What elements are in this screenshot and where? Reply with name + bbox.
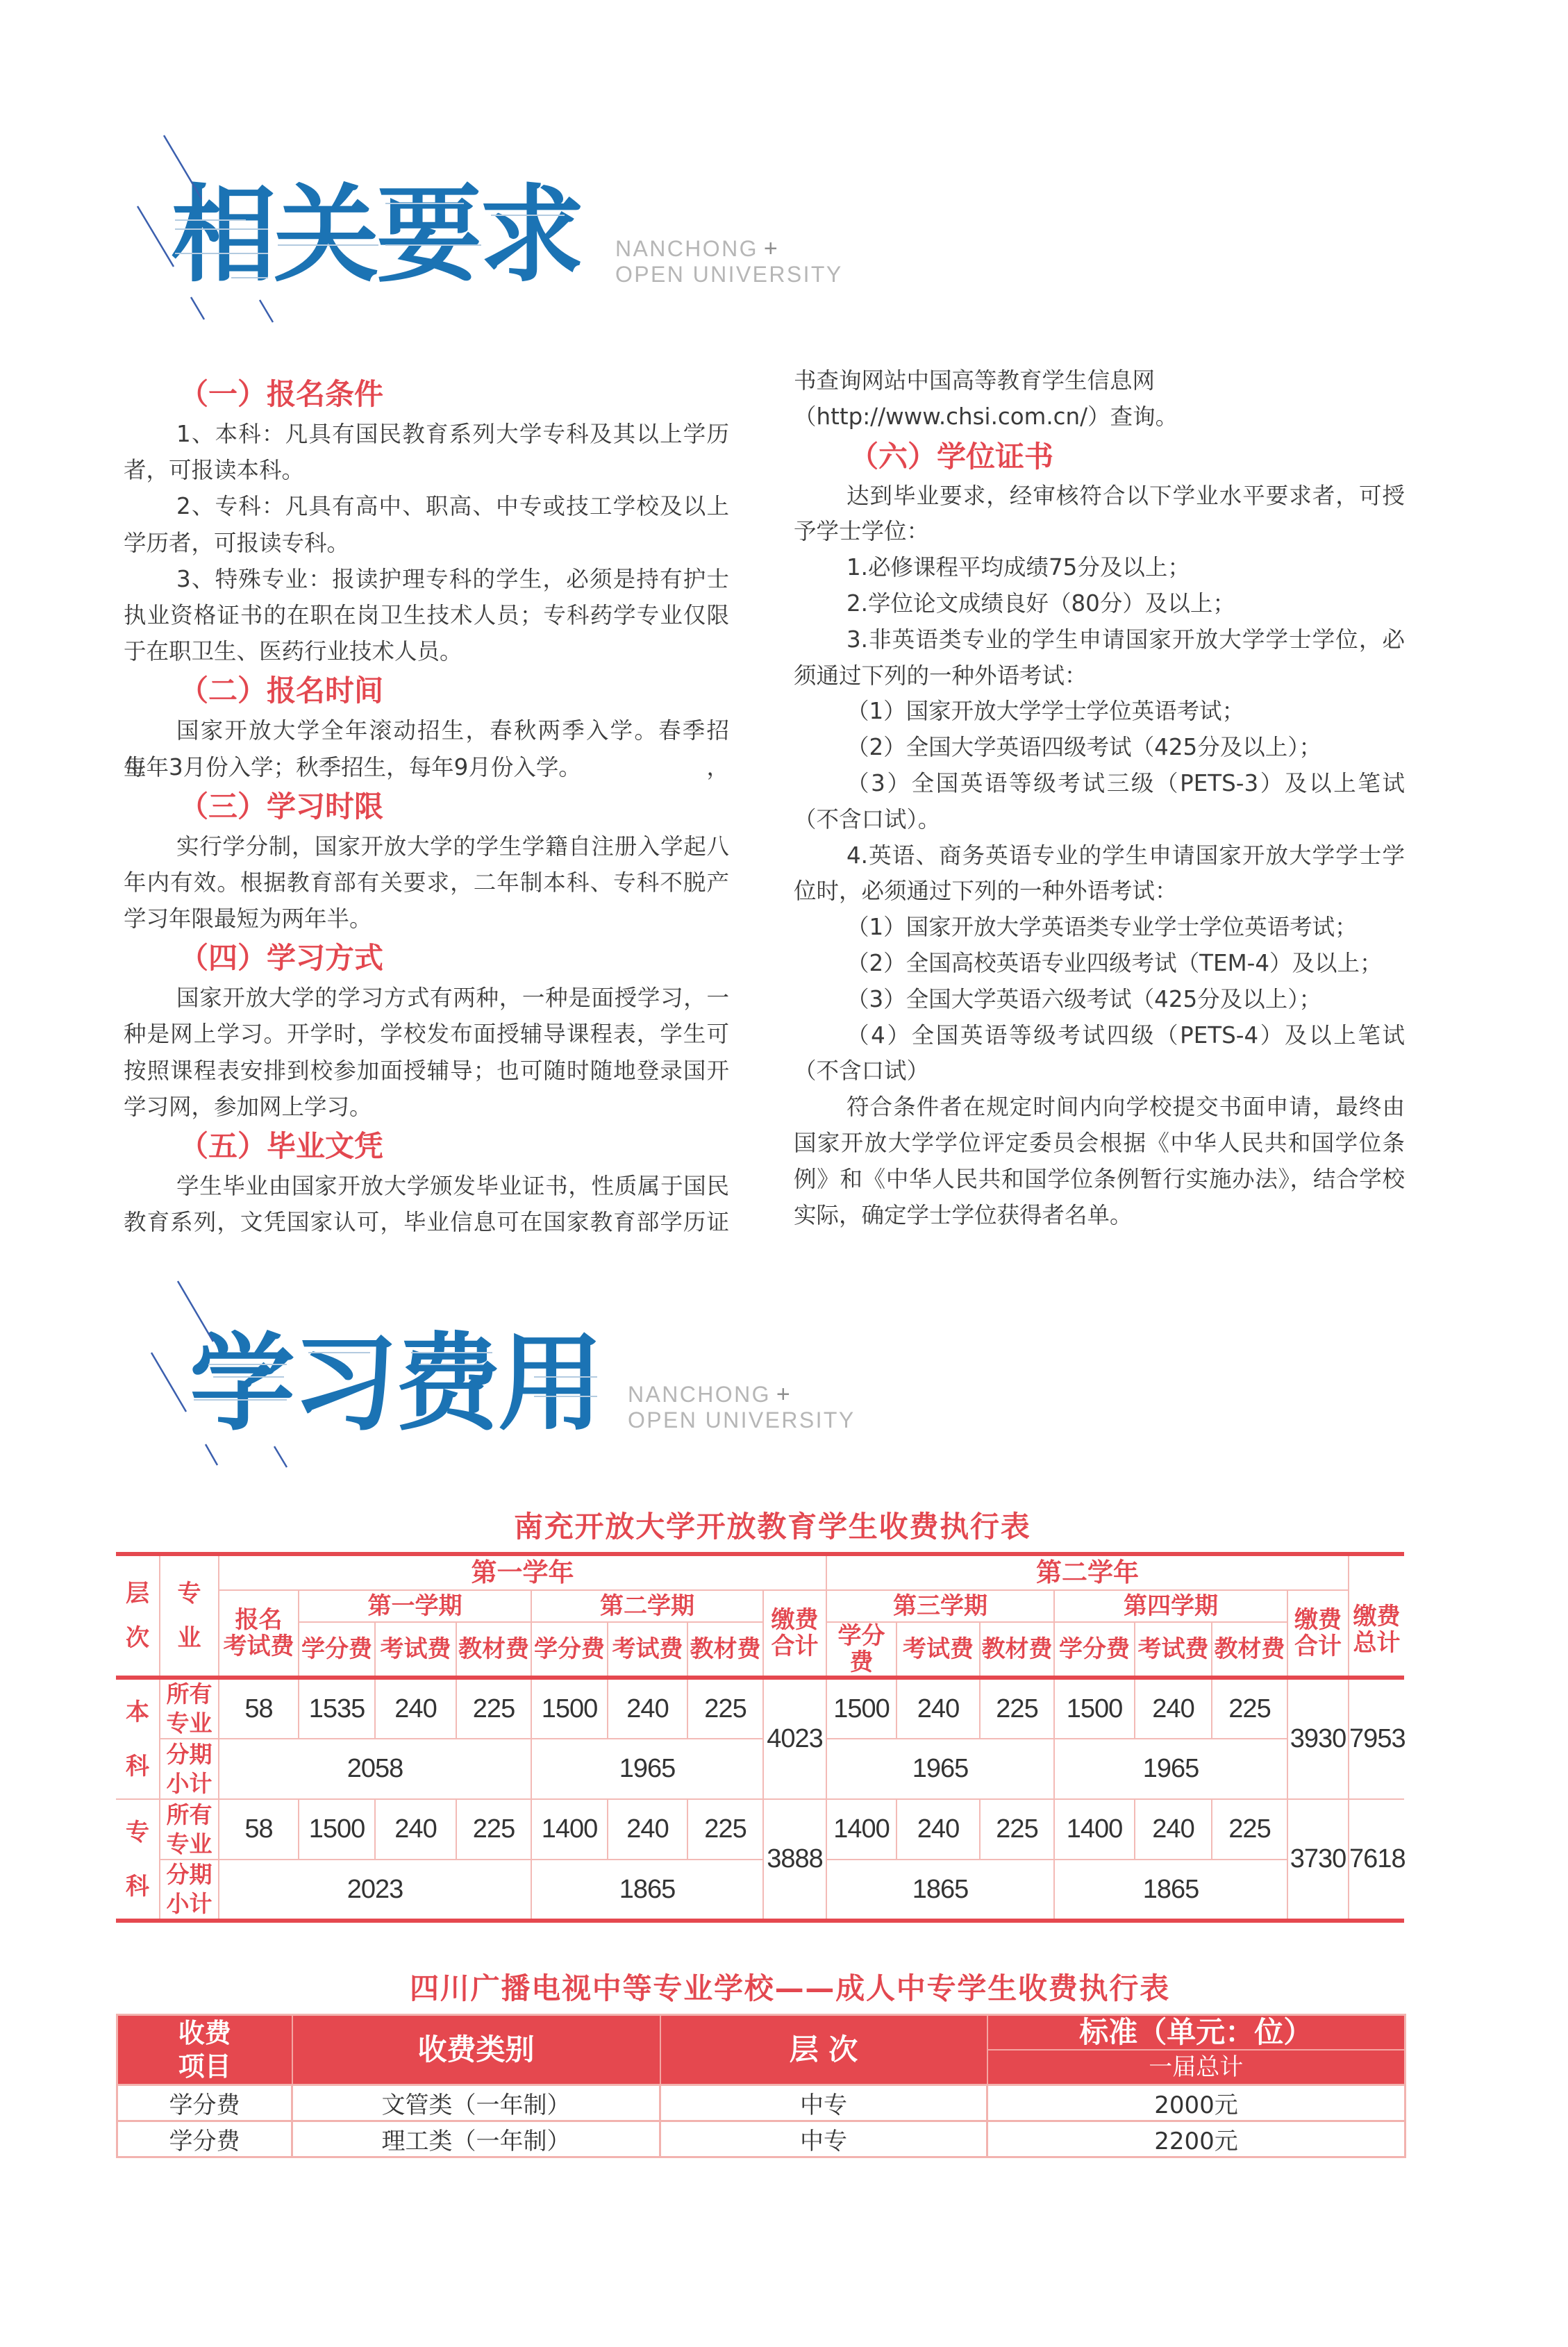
header-semester-1: 第一学期 <box>299 1590 531 1622</box>
text-line: （不含口试）。 <box>794 802 1405 838</box>
level-char: 科 <box>116 1739 159 1794</box>
cell-grand-total: 7618 <box>1349 1799 1404 1921</box>
header-exam-fee: 考试费 <box>608 1622 687 1678</box>
header-year-2-subtotal: 缴费 合计 <box>1287 1590 1349 1678</box>
cell-sem2-credit-fee: 1400 <box>531 1799 608 1860</box>
paragraph-continuation: 书查询网站中国高等教育学生信息网 （http://www.chsi.com.cn… <box>794 363 1405 435</box>
header-semester-2: 第二学期 <box>531 1590 763 1622</box>
installment-cell: 分期 小计 <box>160 1860 219 1921</box>
brand-line-open-university: OPEN UNIVERSITY <box>628 1409 856 1431</box>
header-exam-fee: 考试费 <box>375 1622 456 1678</box>
cell-sem2-credit-fee: 1500 <box>531 1678 608 1739</box>
table-header-row: 层 次 专 业 第一学年 第二学年 缴费 总计 <box>116 1554 1404 1590</box>
cell-sem2-exam-fee: 240 <box>608 1799 687 1860</box>
text-line: 年内有效。根据教育部有关要求，二年制本科、专科不脱产 <box>124 865 729 901</box>
header-major-char: 业 <box>160 1616 218 1660</box>
text-line: （不含口试） <box>794 1053 1405 1089</box>
label-text: 所有 <box>160 1680 218 1709</box>
header-text: 缴费 <box>1288 1607 1348 1633</box>
paragraph: （1）国家开放大学英语类专业学士学位英语考试； <box>794 910 1405 946</box>
level-cell: 本 科 <box>116 1678 160 1799</box>
paragraph: 学生毕业由国家开放大学颁发毕业证书，性质属于国民 教育系列，文凭国家认可，毕业信… <box>124 1168 729 1240</box>
label-text: 小计 <box>160 1769 218 1798</box>
header-level: 层 次 <box>116 1554 160 1678</box>
header-level-char: 层 <box>116 1571 159 1616</box>
cell-year2-total: 3730 <box>1287 1799 1349 1921</box>
label-text: 小计 <box>160 1889 218 1919</box>
brand-line-open-university: OPEN UNIVERSITY <box>615 263 843 285</box>
cell-sem1-textbook-fee: 225 <box>456 1799 531 1860</box>
chsi-link-text: （http://www.chsi.com.cn/）查询。 <box>794 399 1405 435</box>
text-line: 者，可报读本科。 <box>124 452 729 488</box>
paragraph: 2、专科：凡具有高中、职高、中专或技工学校及以上 学历者，可报读专科。 <box>124 488 729 560</box>
header-standard: 标准（单元：位） <box>987 2015 1406 2051</box>
cell-level: 中专 <box>660 2121 987 2157</box>
text-line: 学习网，参加网上学习。 <box>124 1089 729 1125</box>
table-header-row: 学分费 考试费 教材费 学分费 考试费 教材费 学分费 考试费 教材费 学分费 … <box>116 1622 1404 1678</box>
header-textbook-fee: 教材费 <box>980 1622 1054 1678</box>
paragraph: （2）全国大学英语四级考试（425分及以上）； <box>794 730 1405 766</box>
cell-sem4-textbook-fee: 225 <box>1212 1678 1287 1739</box>
level-char: 专 <box>116 1805 159 1860</box>
cell-sem1-subtotal: 2058 <box>219 1739 531 1799</box>
text-line: 予学士学位： <box>794 514 1405 550</box>
section-title-requirements: 相关要求 <box>171 182 582 287</box>
header-text: 收费 <box>118 2016 292 2050</box>
header-credit-fee: 学分费 <box>299 1622 375 1678</box>
cell-sem2-exam-fee: 240 <box>608 1678 687 1739</box>
header-text: 合计 <box>1288 1633 1348 1660</box>
cell-sem3-textbook-fee: 225 <box>980 1799 1054 1860</box>
label-text: 分期 <box>160 1740 218 1769</box>
fee-table-secondary-school: 收费 项目 收费类别 层 次 标准（单元：位） 一届总计 学分费 文管类（一年制… <box>116 2014 1406 2158</box>
label-text: 所有 <box>160 1801 218 1830</box>
cell-sem3-subtotal: 1865 <box>826 1860 1054 1921</box>
cell-fee-category: 理工类（一年制） <box>292 2121 660 2157</box>
cell-sem2-textbook-fee: 225 <box>687 1799 763 1860</box>
text-line: 种是网上学习。开学时，学校发布面授辅导课程表，学生可 <box>124 1016 729 1052</box>
section-heading-study-period: （三）学习时限 <box>124 785 729 828</box>
cell-sem4-textbook-fee: 225 <box>1212 1799 1287 1860</box>
decorative-slash-line <box>260 300 273 322</box>
text-line: 实行学分制，国家开放大学的学生学籍自注册入学起八 <box>124 828 729 865</box>
cell-year1-total: 4023 <box>763 1678 826 1799</box>
header-text: 项目 <box>118 2050 292 2083</box>
decorative-slash-line <box>137 206 174 267</box>
header-text: 考试费 <box>219 1633 298 1660</box>
text-line: 按照课程表安排到校参加面授辅导；也可随时随地登录国开 <box>124 1053 729 1089</box>
header-level: 层 次 <box>660 2015 987 2085</box>
section-heading-degree-certificate: （六）学位证书 <box>794 435 1405 478</box>
table-row-junior-college-fees: 专 科 所有 专业 58 1500 240 225 1400 240 225 3… <box>116 1799 1404 1860</box>
requirements-left-column: （一）报名条件 1、本科：凡具有国民教育系列大学专科及其以上学历 者，可报读本科… <box>124 373 729 1240</box>
text-line: （1）国家开放大学英语类专业学士学位英语考试； <box>794 910 1405 946</box>
cell-sem4-subtotal: 1865 <box>1054 1860 1287 1921</box>
cell-registration-exam-fee: 58 <box>219 1799 299 1860</box>
paragraph: 3、特殊专业：报读护理专科的学生，必须是持有护士 执业资格证书的在职在岗卫生技术… <box>124 561 729 670</box>
section-heading-enrollment-time: （二）报名时间 <box>124 669 729 712</box>
table-header-row: 收费 项目 收费类别 层 次 标准（单元：位） <box>117 2015 1406 2051</box>
text-line: 2、专科：凡具有高中、职高、中专或技工学校及以上 <box>124 488 729 524</box>
fee-table-open-education: 层 次 专 业 第一学年 第二学年 缴费 总计 报名 考试费 第一学期 第二学期… <box>116 1552 1404 1923</box>
table-row-junior-college-subtotals: 分期 小计 2023 1865 1865 1865 <box>116 1860 1404 1921</box>
paragraph: （4）全国英语等级考试四级（PETS-4）及以上笔试 （不含口试） <box>794 1018 1405 1090</box>
paragraph: 国家开放大学的学习方式有两种，一种是面授学习，一 种是网上学习。开学时，学校发布… <box>124 980 729 1125</box>
header-text: 报名 <box>219 1607 298 1633</box>
major-cell: 所有 专业 <box>160 1678 219 1739</box>
installment-cell: 分期 小计 <box>160 1739 219 1799</box>
cell-fee-item: 学分费 <box>117 2121 292 2157</box>
table-row-undergraduate-subtotals: 分期 小计 2058 1965 1965 1965 <box>116 1739 1404 1799</box>
cell-sem1-subtotal: 2023 <box>219 1860 531 1921</box>
paragraph: 符合条件者在规定时间内向学校提交书面申请，最终由 国家开放大学学位评定委员会根据… <box>794 1089 1405 1233</box>
text-line: （3）全国大学英语六级考试（425分及以上）； <box>794 982 1405 1018</box>
cell-level: 中专 <box>660 2085 987 2121</box>
table-row: 学分费 文管类（一年制） 中专 2000元 <box>117 2085 1406 2121</box>
paragraph: （1）国家开放大学学士学位英语考试； <box>794 694 1405 730</box>
cell-amount: 2000元 <box>987 2085 1406 2121</box>
paragraph: 1、本科：凡具有国民教育系列大学专科及其以上学历 者，可报读本科。 <box>124 416 729 488</box>
header-standard-total: 一届总计 <box>987 2050 1406 2085</box>
header-semester-3: 第三学期 <box>826 1590 1054 1622</box>
cell-sem2-subtotal: 1965 <box>531 1739 763 1799</box>
section-title-fees: 学习费用 <box>190 1330 601 1436</box>
header-semester-4: 第四学期 <box>1054 1590 1287 1622</box>
text-line: 于在职卫生、医药行业技术人员。 <box>124 633 729 669</box>
header-exam-fee: 考试费 <box>896 1622 980 1678</box>
fee-table-title-secondary-school: 四川广播电视中等专业学校——成人中专学生收费执行表 <box>410 1974 1170 2003</box>
level-char: 本 <box>116 1685 159 1739</box>
fee-table-title-open-education: 南充开放大学开放教育学生收费执行表 <box>514 1512 1031 1542</box>
decorative-slash-line <box>191 297 204 319</box>
cell-sem3-credit-fee: 1400 <box>826 1799 896 1860</box>
text-line: （2）全国大学英语四级考试（425分及以上）； <box>794 730 1405 766</box>
header-grand-total: 缴费 总计 <box>1349 1554 1404 1678</box>
decorative-slash-line <box>151 1353 186 1412</box>
header-textbook-fee: 教材费 <box>687 1622 763 1678</box>
plus-icon: + <box>764 235 778 262</box>
header-textbook-fee: 教材费 <box>456 1622 531 1678</box>
cell-sem1-credit-fee: 1535 <box>299 1678 375 1739</box>
section-heading-study-mode: （四）学习方式 <box>124 937 729 980</box>
paragraph: 达到毕业要求，经审核符合以下学业水平要求者，可授 予学士学位： <box>794 478 1405 551</box>
cell-year2-total: 3930 <box>1287 1678 1349 1799</box>
brand-line-nanchong: NANCHONG+ <box>628 1383 790 1405</box>
section-heading-enrollment-conditions: （一）报名条件 <box>124 373 729 416</box>
cell-registration-exam-fee: 58 <box>219 1678 299 1739</box>
text-line: （3）全国英语等级考试三级（PETS-3）及以上笔试 <box>794 766 1405 802</box>
label-text: 专业 <box>160 1830 218 1859</box>
header-year-1: 第一学年 <box>219 1554 826 1590</box>
section-heading-diploma: （五）毕业文凭 <box>124 1125 729 1168</box>
cell-sem1-exam-fee: 240 <box>375 1799 456 1860</box>
text-line: 国家开放大学全年滚动招生，春秋两季入学。春季招生， <box>124 712 729 749</box>
cell-sem4-credit-fee: 1400 <box>1054 1799 1135 1860</box>
table-header-row: 报名 考试费 第一学期 第二学期 缴费 合计 第三学期 第四学期 缴费 合计 <box>116 1590 1404 1622</box>
text-line: 位时，必须通过下列的一种外语考试： <box>794 874 1405 910</box>
text-line: 达到毕业要求，经审核符合以下学业水平要求者，可授 <box>794 478 1405 515</box>
paragraph: 2.学位论文成绩良好（80分）及以上； <box>794 586 1405 622</box>
header-text: 总计 <box>1349 1630 1404 1656</box>
text-line: （4）全国英语等级考试四级（PETS-4）及以上笔试 <box>794 1018 1405 1054</box>
text-line: 1.必修课程平均成绩75分及以上； <box>794 550 1405 586</box>
cell-sem4-exam-fee: 240 <box>1135 1678 1212 1739</box>
text-line: 国家开放大学学位评定委员会根据《中华人民共和国学位条 <box>794 1126 1405 1162</box>
text-line: 4.英语、商务英语专业的学生申请国家开放大学学士学 <box>794 838 1405 874</box>
paragraph: 3.非英语类专业的学生申请国家开放大学学士学位，必 须通过下列的一种外语考试： <box>794 622 1405 694</box>
paragraph: 1.必修课程平均成绩75分及以上； <box>794 550 1405 586</box>
paragraph: 国家开放大学全年滚动招生，春秋两季入学。春季招生， 每年3月份入学；秋季招生，每… <box>124 712 729 785</box>
header-year-2: 第二学年 <box>826 1554 1349 1590</box>
text-line: 例》和《中华人民共和国学位条例暂行实施办法》，结合学校 <box>794 1162 1405 1198</box>
cell-sem3-exam-fee: 240 <box>896 1799 980 1860</box>
cell-sem1-exam-fee: 240 <box>375 1678 456 1739</box>
cell-sem3-credit-fee: 1500 <box>826 1678 896 1739</box>
paragraph: 4.英语、商务英语专业的学生申请国家开放大学学士学 位时，必须通过下列的一种外语… <box>794 838 1405 910</box>
cell-sem2-subtotal: 1865 <box>531 1860 763 1921</box>
header-text: 缴费 <box>1349 1603 1404 1630</box>
header-text: 合计 <box>764 1633 826 1660</box>
header-text: 缴费 <box>764 1607 826 1633</box>
text-line: （2）全国高校英语专业四级考试（TEM-4）及以上； <box>794 946 1405 982</box>
plus-icon: + <box>776 1381 790 1408</box>
level-cell: 专 科 <box>116 1799 160 1921</box>
cell-sem3-subtotal: 1965 <box>826 1739 1054 1799</box>
header-fee-item: 收费 项目 <box>117 2015 292 2085</box>
label-text: 专业 <box>160 1709 218 1738</box>
cell-fee-category: 文管类（一年制） <box>292 2085 660 2121</box>
text-line: 实际，确定学士学位获得者名单。 <box>794 1198 1405 1234</box>
major-cell: 所有 专业 <box>160 1799 219 1860</box>
cell-sem4-subtotal: 1965 <box>1054 1739 1287 1799</box>
header-exam-fee: 考试费 <box>1135 1622 1212 1678</box>
paragraph: （2）全国高校英语专业四级考试（TEM-4）及以上； <box>794 946 1405 982</box>
table-row: 学分费 理工类（一年制） 中专 2200元 <box>117 2121 1406 2157</box>
decorative-slash-line <box>274 1446 287 1467</box>
paragraph: 实行学分制，国家开放大学的学生学籍自注册入学起八 年内有效。根据教育部有关要求，… <box>124 828 729 937</box>
header-credit-fee: 学分费 <box>826 1622 896 1678</box>
cell-grand-total: 7953 <box>1349 1678 1404 1799</box>
text-line: 2.学位论文成绩良好（80分）及以上； <box>794 586 1405 622</box>
text-line: （1）国家开放大学学士学位英语考试； <box>794 694 1405 730</box>
cell-sem4-exam-fee: 240 <box>1135 1799 1212 1860</box>
label-text: 分期 <box>160 1860 218 1889</box>
cell-sem1-textbook-fee: 225 <box>456 1678 531 1739</box>
text-line: 1、本科：凡具有国民教育系列大学专科及其以上学历 <box>124 416 729 452</box>
cell-year1-total: 3888 <box>763 1799 826 1921</box>
requirements-right-column: 书查询网站中国高等教育学生信息网 （http://www.chsi.com.cn… <box>794 363 1405 1233</box>
header-registration-exam-fee: 报名 考试费 <box>219 1590 299 1678</box>
table-row-undergraduate-fees: 本 科 所有 专业 58 1535 240 225 1500 240 225 4… <box>116 1678 1404 1739</box>
text-line: 3.非英语类专业的学生申请国家开放大学学士学位，必 <box>794 622 1405 658</box>
header-credit-fee: 学分费 <box>531 1622 608 1678</box>
text-line: 3、特殊专业：报读护理专科的学生，必须是持有护士 <box>124 561 729 597</box>
text-line: 学习年限最短为两年半。 <box>124 901 729 937</box>
text-line: 学历者，可报读专科。 <box>124 525 729 561</box>
header-major-char: 专 <box>160 1571 218 1616</box>
brand-text-nanchong: NANCHONG <box>628 1382 771 1407</box>
brand-text-nanchong: NANCHONG <box>615 236 758 261</box>
cell-amount: 2200元 <box>987 2121 1406 2157</box>
brand-line-nanchong: NANCHONG+ <box>615 237 778 260</box>
cell-fee-item: 学分费 <box>117 2085 292 2121</box>
text-line: 学生毕业由国家开放大学颁发毕业证书，性质属于国民 <box>124 1168 729 1204</box>
text-line: 执业资格证书的在职在岗卫生技术人员；专科药学专业仅限 <box>124 597 729 633</box>
text-line: 书查询网站中国高等教育学生信息网 <box>794 363 1405 399</box>
cell-sem1-credit-fee: 1500 <box>299 1799 375 1860</box>
text-line: 教育系列，文凭国家认可，毕业信息可在国家教育部学历证 <box>124 1204 729 1240</box>
paragraph: （3）全国大学英语六级考试（425分及以上）； <box>794 982 1405 1018</box>
paragraph: （3）全国英语等级考试三级（PETS-3）及以上笔试 （不含口试）。 <box>794 766 1405 838</box>
header-level-char: 次 <box>116 1616 159 1660</box>
cell-sem3-exam-fee: 240 <box>896 1678 980 1739</box>
header-major: 专 业 <box>160 1554 219 1678</box>
text-line: 须通过下列的一种外语考试： <box>794 658 1405 694</box>
cell-sem4-credit-fee: 1500 <box>1054 1678 1135 1739</box>
text-line: 国家开放大学的学习方式有两种，一种是面授学习，一 <box>124 980 729 1016</box>
cell-sem2-textbook-fee: 225 <box>687 1678 763 1739</box>
header-textbook-fee: 教材费 <box>1212 1622 1287 1678</box>
text-line: 符合条件者在规定时间内向学校提交书面申请，最终由 <box>794 1089 1405 1126</box>
header-year-1-subtotal: 缴费 合计 <box>763 1590 826 1678</box>
header-fee-category: 收费类别 <box>292 2015 660 2085</box>
level-char: 科 <box>116 1860 159 1914</box>
decorative-slash-line <box>206 1444 217 1465</box>
cell-sem3-textbook-fee: 225 <box>980 1678 1054 1739</box>
header-credit-fee: 学分费 <box>1054 1622 1135 1678</box>
